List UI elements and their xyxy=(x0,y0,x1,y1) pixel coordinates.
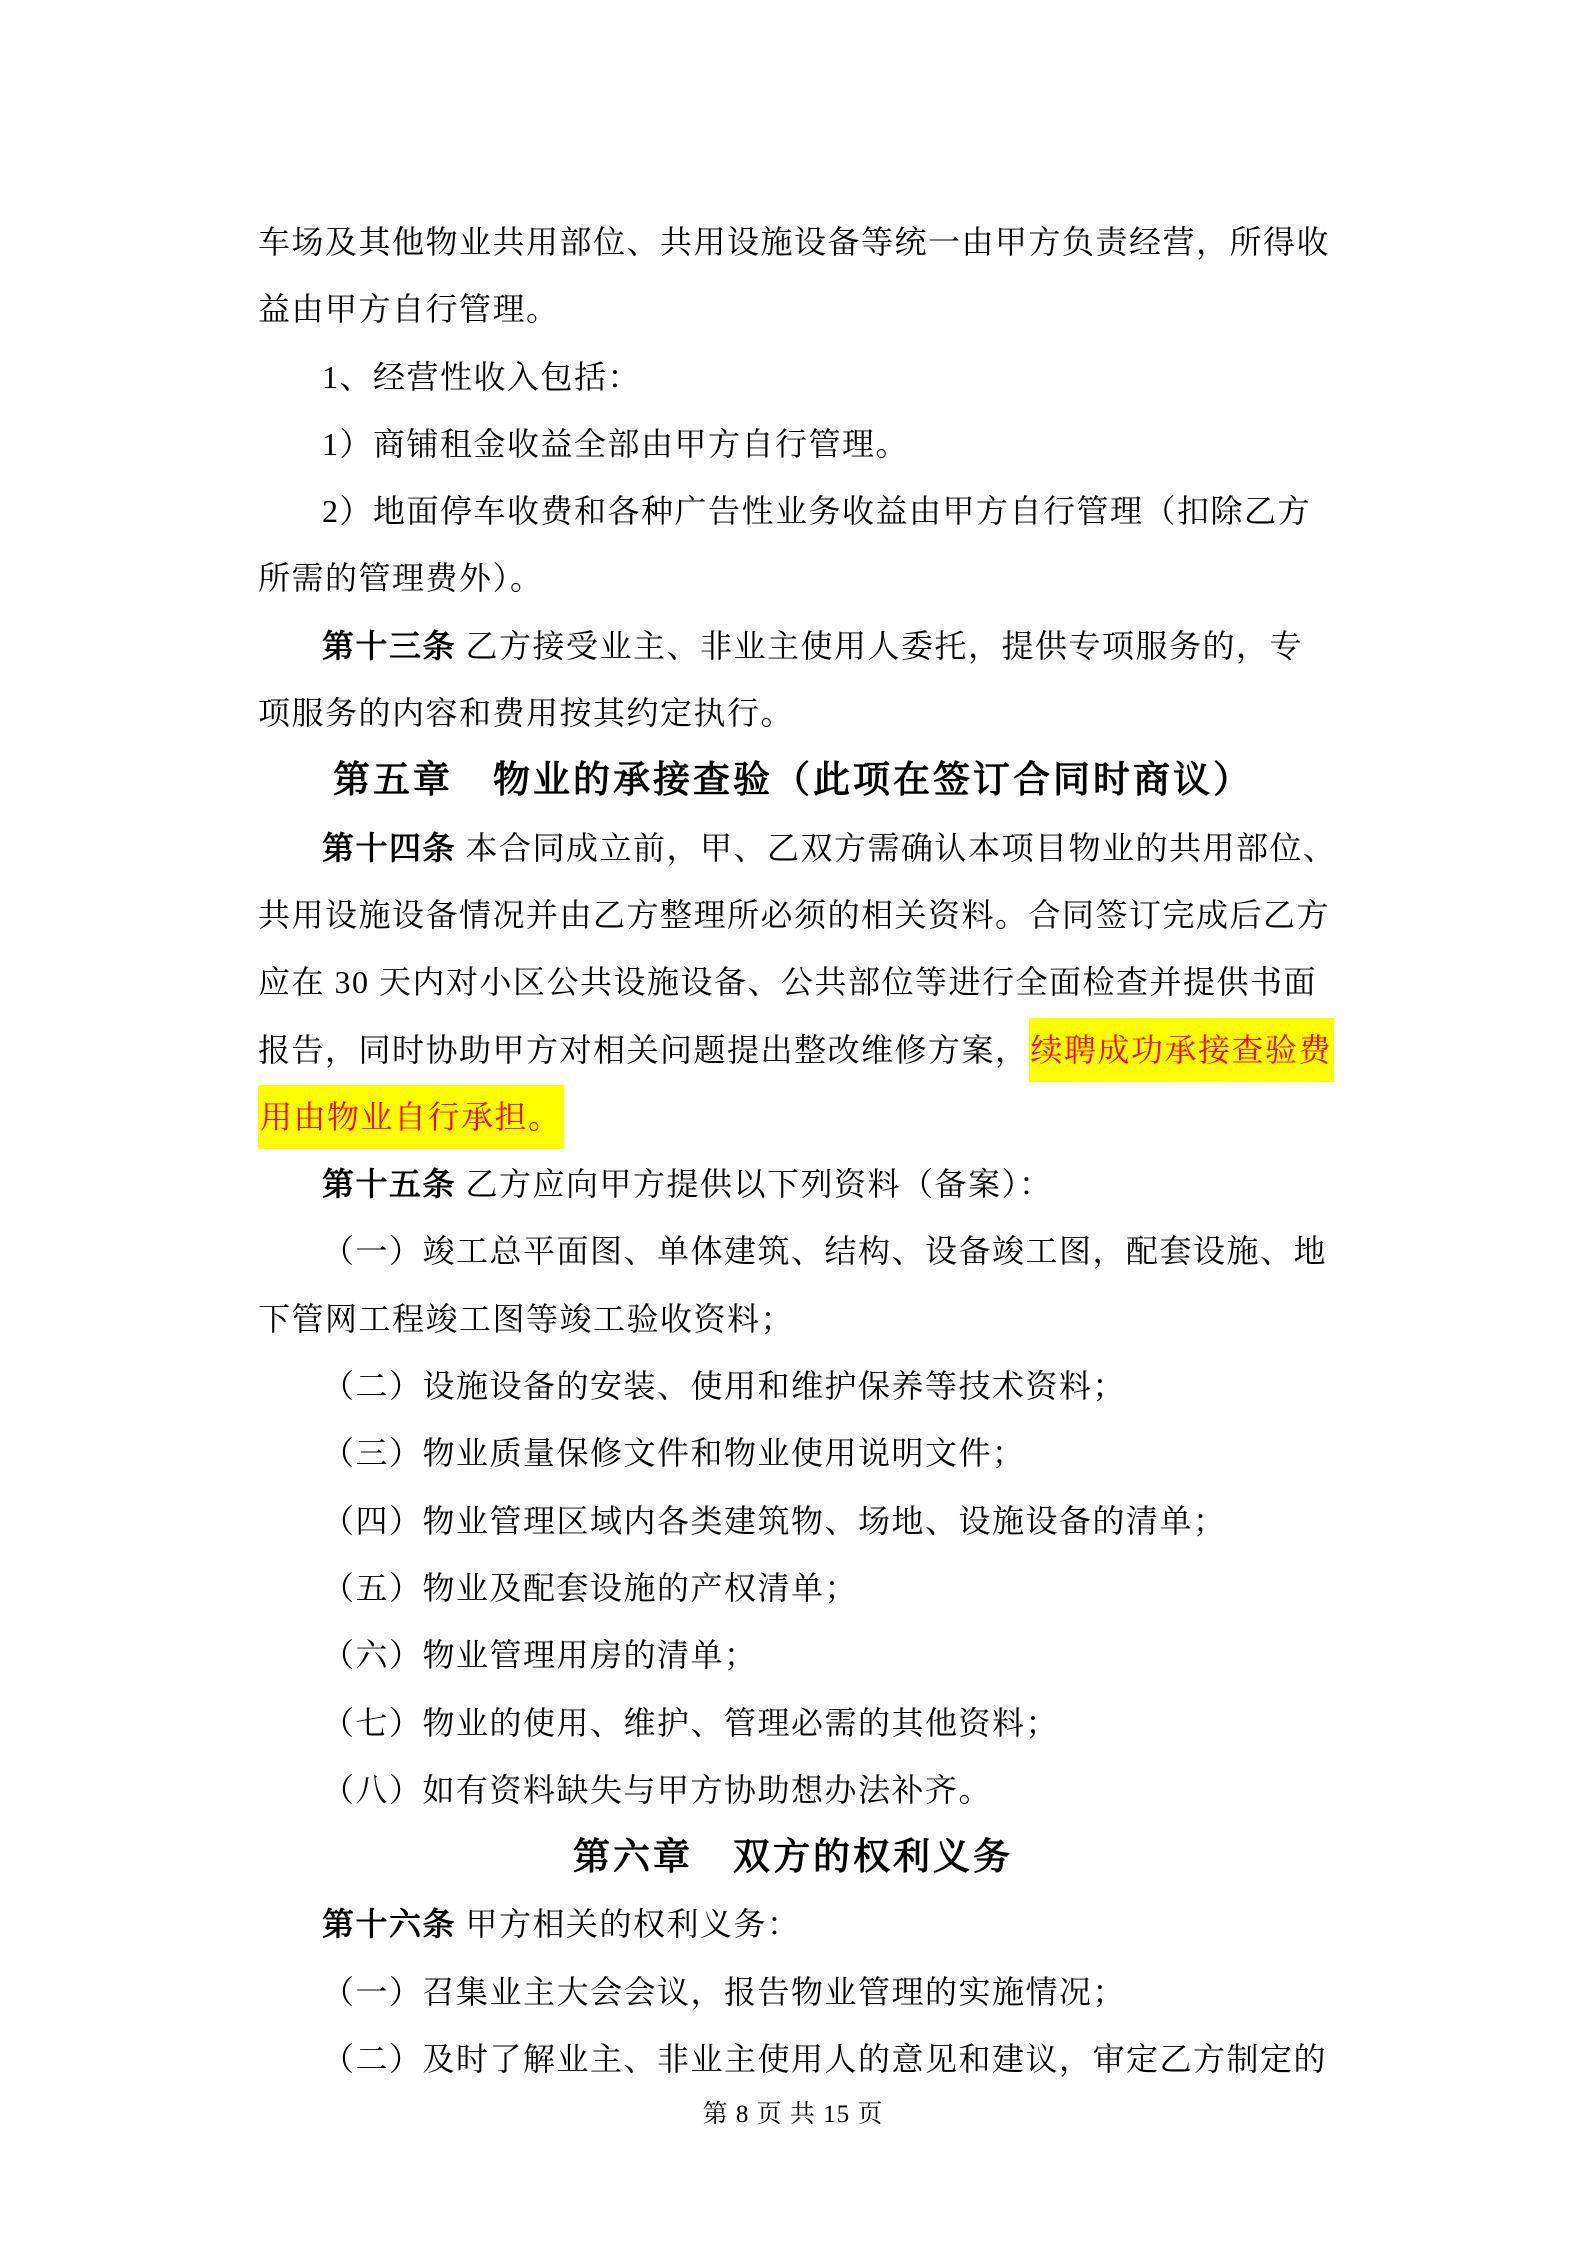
text-line: （五）物业及配套设施的产权清单； xyxy=(258,1555,1328,1622)
text-run: 下管网工程竣工图等竣工验收资料； xyxy=(258,1301,794,1337)
text-line: （三）物业质量保修文件和物业使用说明文件； xyxy=(258,1420,1328,1487)
page-footer: 第 8 页 共 15 页 xyxy=(0,2095,1586,2135)
text-run: 项服务的内容和费用按其约定执行。 xyxy=(258,695,794,731)
text-line: 所需的管理费外）。 xyxy=(258,545,1328,612)
article-number: 第十五条 xyxy=(322,1166,456,1202)
text-run: （一）竣工总平面图、单体建筑、结构、设备竣工图，配套设施、地 xyxy=(322,1233,1327,1269)
text-run: （五）物业及配套设施的产权清单； xyxy=(322,1570,858,1606)
text-run: 本合同成立前，甲、乙双方需确认本项目物业的共用部位、 xyxy=(456,830,1337,866)
text-run: 第六章 双方的权利义务 xyxy=(573,1837,1013,1878)
text-run: 应在 30 天内对小区公共设施设备、公共部位等进行全面检查并提供书面 xyxy=(258,964,1317,1000)
text-line: （一）召集业主大会会议，报告物业管理的实施情况； xyxy=(258,1959,1328,2026)
text-run: 第五章 物业的承接查验（此项在签订合同时商议） xyxy=(333,760,1253,801)
text-line: （一）竣工总平面图、单体建筑、结构、设备竣工图，配套设施、地 xyxy=(258,1218,1328,1285)
text-line: （七）物业的使用、维护、管理必需的其他资料； xyxy=(258,1690,1328,1757)
text-run: （七）物业的使用、维护、管理必需的其他资料； xyxy=(322,1705,1059,1741)
text-run: 甲方相关的权利义务： xyxy=(456,1906,801,1942)
text-line: 第十六条 甲方相关的权利义务： xyxy=(258,1891,1328,1958)
text-run: （一）召集业主大会会议，报告物业管理的实施情况； xyxy=(322,1974,1126,2010)
text-line: （六）物业管理用房的清单； xyxy=(258,1622,1328,1689)
text-line: 第十四条 本合同成立前，甲、乙双方需确认本项目物业的共用部位、 xyxy=(258,815,1328,882)
text-run: 所需的管理费外）。 xyxy=(258,560,544,596)
text-line: 1、经营性收入包括： xyxy=(258,344,1328,411)
text-line: 第十五条 乙方应向甲方提供以下列资料（备案）： xyxy=(258,1151,1328,1218)
text-line: 用由物业自行承担。 xyxy=(258,1084,1328,1151)
document-body: 车场及其他物业共用部位、共用设施设备等统一由甲方负责经营，所得收益由甲方自行管理… xyxy=(258,209,1328,2093)
text-line: 益由甲方自行管理。 xyxy=(258,276,1328,343)
document-page: 车场及其他物业共用部位、共用设施设备等统一由甲方负责经营，所得收益由甲方自行管理… xyxy=(0,0,1586,2245)
text-run: 1）商铺租金收益全部由甲方自行管理。 xyxy=(322,426,909,462)
text-line: 项服务的内容和费用按其约定执行。 xyxy=(258,680,1328,747)
text-line: 1）商铺租金收益全部由甲方自行管理。 xyxy=(258,411,1328,478)
text-run: （六）物业管理用房的清单； xyxy=(322,1637,758,1673)
text-run: 共用设施设备情况并由乙方整理所必须的相关资料。合同签订完成后乙方 xyxy=(258,897,1330,933)
chapter-heading: 第五章 物业的承接查验（此项在签订合同时商议） xyxy=(258,747,1328,814)
text-line: 报告，同时协助甲方对相关问题提出整改维修方案，续聘成功承接查验费 xyxy=(258,1017,1328,1084)
text-line: 应在 30 天内对小区公共设施设备、公共部位等进行全面检查并提供书面 xyxy=(258,949,1328,1016)
text-line: （八）如有资料缺失与甲方协助想办法补齐。 xyxy=(258,1757,1328,1824)
text-run: 2）地面停车收费和各种广告性业务收益由甲方自行管理（扣除乙方 xyxy=(322,493,1311,529)
article-number: 第十六条 xyxy=(322,1906,456,1942)
text-run: （二）及时了解业主、非业主使用人的意见和建议，审定乙方制定的 xyxy=(322,2041,1327,2077)
text-line: 共用设施设备情况并由乙方整理所必须的相关资料。合同签订完成后乙方 xyxy=(258,882,1328,949)
chapter-heading: 第六章 双方的权利义务 xyxy=(258,1824,1328,1891)
text-line: （四）物业管理区域内各类建筑物、场地、设施设备的清单； xyxy=(258,1488,1328,1555)
article-number: 第十三条 xyxy=(322,628,456,664)
highlighted-text: 续聘成功承接查验费 xyxy=(1029,1018,1335,1082)
text-line: 车场及其他物业共用部位、共用设施设备等统一由甲方负责经营，所得收 xyxy=(258,209,1328,276)
text-run: （八）如有资料缺失与甲方协助想办法补齐。 xyxy=(322,1772,992,1808)
text-run: 乙方应向甲方提供以下列资料（备案）： xyxy=(456,1166,1053,1202)
text-run: （二）设施设备的安装、使用和维护保养等技术资料； xyxy=(322,1368,1126,1404)
text-run: 报告，同时协助甲方对相关问题提出整改维修方案， xyxy=(258,1032,1029,1068)
text-line: 第十三条 乙方接受业主、非业主使用人委托，提供专项服务的，专 xyxy=(258,613,1328,680)
article-number: 第十四条 xyxy=(322,830,456,866)
text-run: 1、经营性收入包括： xyxy=(322,359,641,395)
text-run: （四）物业管理区域内各类建筑物、场地、设施设备的清单； xyxy=(322,1503,1227,1539)
text-line: 2）地面停车收费和各种广告性业务收益由甲方自行管理（扣除乙方 xyxy=(258,478,1328,545)
text-run: 车场及其他物业共用部位、共用设施设备等统一由甲方负责经营，所得收 xyxy=(258,224,1330,260)
text-run: 益由甲方自行管理。 xyxy=(258,291,560,327)
text-line: （二）及时了解业主、非业主使用人的意见和建议，审定乙方制定的 xyxy=(258,2026,1328,2093)
text-line: 下管网工程竣工图等竣工验收资料； xyxy=(258,1286,1328,1353)
text-run: 乙方接受业主、非业主使用人委托，提供专项服务的，专 xyxy=(456,628,1303,664)
text-run: （三）物业质量保修文件和物业使用说明文件； xyxy=(322,1435,1026,1471)
highlighted-text: 用由物业自行承担。 xyxy=(258,1085,564,1149)
text-line: （二）设施设备的安装、使用和维护保养等技术资料； xyxy=(258,1353,1328,1420)
